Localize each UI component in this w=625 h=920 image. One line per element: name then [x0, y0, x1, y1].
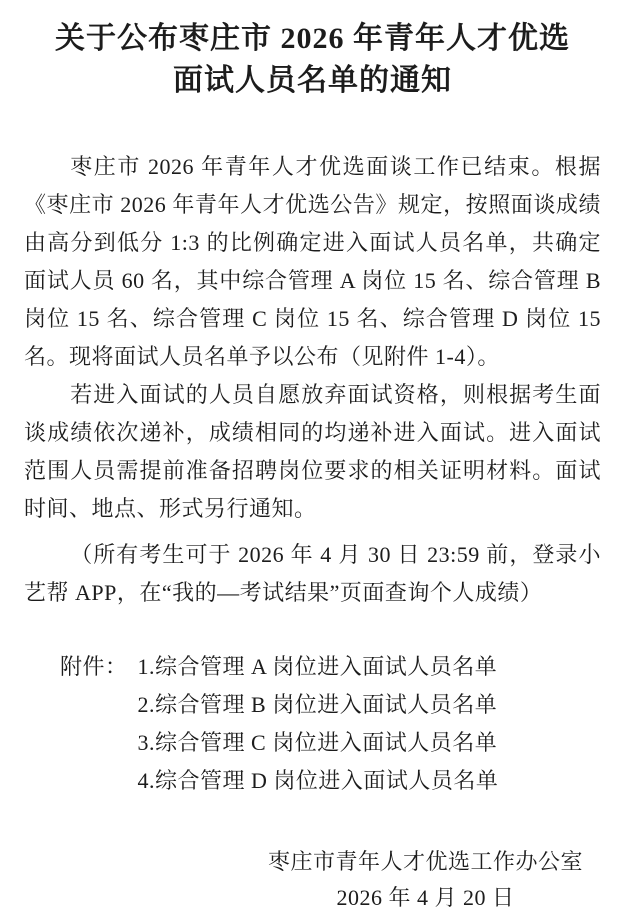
issue-date: 2026 年 4 月 20 日	[268, 880, 583, 916]
document-title: 关于公布枣庄市 2026 年青年人才优选 面试人员名单的通知	[24, 18, 601, 102]
attachments-list: 1.综合管理 A 岗位进入面试人员名单 2.综合管理 B 岗位进入面试人员名单 …	[138, 648, 499, 800]
attachment-item-d: 4.综合管理 D 岗位进入面试人员名单	[138, 762, 499, 800]
document-title-line-1: 关于公布枣庄市 2026 年青年人才优选	[24, 18, 601, 60]
attachment-item-c: 3.综合管理 C 岗位进入面试人员名单	[138, 724, 499, 762]
document-title-line-2: 面试人员名单的通知	[24, 60, 601, 102]
signature-block: 枣庄市青年人才优选工作办公室 2026 年 4 月 20 日	[24, 844, 601, 916]
attachment-item-b: 2.综合管理 B 岗位进入面试人员名单	[138, 686, 499, 724]
para-score-query-note: （所有考生可于 2026 年 4 月 30 日 23:59 前，登录小艺帮 AP…	[24, 536, 601, 612]
notice-document: 关于公布枣庄市 2026 年青年人才优选 面试人员名单的通知 枣庄市 2026 …	[0, 0, 625, 920]
attachments-section: 附件： 1.综合管理 A 岗位进入面试人员名单 2.综合管理 B 岗位进入面试人…	[24, 648, 601, 800]
issuing-office: 枣庄市青年人才优选工作办公室	[268, 844, 583, 880]
document-body: 枣庄市 2026 年青年人才优选面谈工作已结束。根据《枣庄市 2026 年青年人…	[24, 148, 601, 612]
para-replacement-rules: 若进入面试的人员自愿放弃面试资格，则根据考生面谈成绩依次递补，成绩相同的均递补进…	[24, 376, 601, 528]
attachment-item-a: 1.综合管理 A 岗位进入面试人员名单	[138, 648, 499, 686]
attachments-label: 附件：	[60, 648, 128, 686]
para-result-announcement: 枣庄市 2026 年青年人才优选面谈工作已结束。根据《枣庄市 2026 年青年人…	[24, 148, 601, 376]
